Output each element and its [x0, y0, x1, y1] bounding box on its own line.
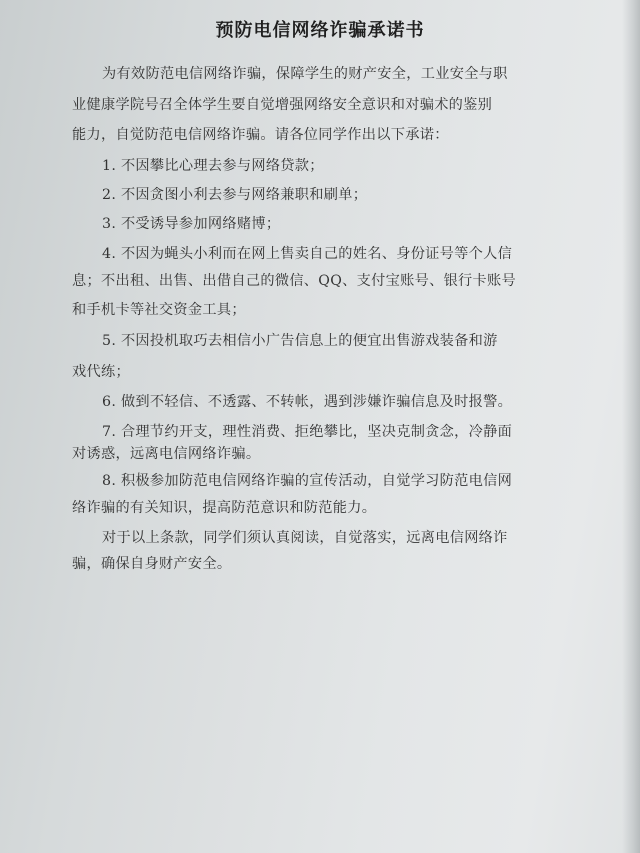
commitment-5-line-1: 5. 不因投机取巧去相信小广告信息上的便宜出售游戏装备和游 — [102, 330, 498, 350]
commitment-4-line-2: 息；不出租、出售、出借自己的微信、QQ、支付宝账号、银行卡账号 — [72, 270, 516, 290]
intro-line-1: 为有效防范电信网络诈骗，保障学生的财产安全，工业安全与职 — [102, 63, 508, 83]
commitment-1: 1. 不因攀比心理去参与网络贷款； — [102, 155, 324, 175]
commitment-8-line-2: 络诈骗的有关知识，提高防范意识和防范能力。 — [72, 497, 376, 517]
document-page: 预防电信网络诈骗承诺书 为有效防范电信网络诈骗，保障学生的财产安全，工业安全与职… — [0, 0, 640, 853]
intro-line-2: 业健康学院号召全体学生要自觉增强网络安全意识和对骗术的鉴别 — [72, 94, 492, 114]
commitment-7-line-1: 7. 合理节约开支，理性消费、拒绝攀比，坚决克制贪念，冷静面 — [102, 421, 512, 441]
closing-line-2: 骗，确保自身财产安全。 — [72, 553, 231, 573]
commitment-7-line-2: 对诱惑，远离电信网络诈骗。 — [72, 443, 260, 463]
document-title: 预防电信网络诈骗承诺书 — [0, 16, 640, 42]
paper-edge-shadow — [622, 0, 640, 853]
closing-line-1: 对于以上条款，同学们须认真阅读，自觉落实，远离电信网络诈 — [102, 527, 508, 547]
commitment-2: 2. 不因贪图小利去参与网络兼职和刷单； — [102, 184, 367, 204]
commitment-4-line-1: 4. 不因为蝇头小利而在网上售卖自己的姓名、身份证号等个人信 — [102, 243, 512, 263]
commitment-8-line-1: 8. 积极参加防范电信网络诈骗的宣传活动，自觉学习防范电信网 — [102, 470, 512, 490]
commitment-5-line-2: 戏代练； — [72, 361, 130, 381]
intro-line-3: 能力，自觉防范电信网络诈骗。请各位同学作出以下承诺： — [72, 124, 449, 144]
commitment-3: 3. 不受诱导参加网络赌博； — [102, 213, 280, 233]
commitment-4-line-3: 和手机卡等社交资金工具； — [72, 299, 246, 319]
commitment-6: 6. 做到不轻信、不透露、不转帐，遇到涉嫌诈骗信息及时报警。 — [102, 391, 512, 411]
